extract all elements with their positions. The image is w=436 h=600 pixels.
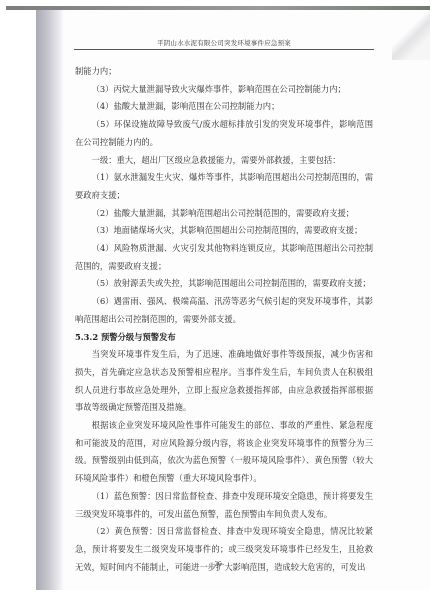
section-heading: 5.3.2 预警分级与预警发布 (75, 329, 373, 347)
paragraph-level-one: 一级：重大，超出厂区级应急救援能力，需要外部救援，主要包括： (75, 152, 373, 170)
list-item: （6）遇雷雨、强风、极端高温、汛涝等恶劣气候引起的突发环境事件，其影响范围超出公… (75, 293, 373, 328)
list-item: （2）黄色预警：因日常监督检查、排查中发现环境安全隐患，情况比较紧急，预计将要发… (75, 523, 373, 576)
list-item: （1）蓝色预警：因日常监督检查、排查中发现环境安全隐患，预计将要发生三级突发环境… (75, 488, 373, 523)
list-item: （2）盐酸大量泄漏，其影响范围超出公司控制范围的，需要政府支援； (75, 205, 373, 223)
page-number: 26 (0, 560, 436, 568)
document-body: 制能力内； （3）丙烷大量泄漏导致火灾爆炸事件，影响范围在公司控制能力内； （4… (75, 63, 373, 576)
list-item: （4）风险物质泄漏、火灾引发其他物料连锁反应，其影响范围超出公司控制范围的，需要… (75, 240, 373, 275)
binding-shadow (36, 10, 64, 590)
list-item: （3）地面储煤场火灾，其影响范围超出公司控制范围的，需要政府支援； (75, 222, 373, 240)
running-header: 平阴山水水泥有限公司突发环境事件应急预案 (74, 38, 374, 47)
paragraph: 根据该企业突发环境风险性事件可能发生的部位、事故的严重性、紧急程度和可能波及的范… (75, 417, 373, 488)
page-corner-fold (392, 10, 430, 60)
list-item: （5）放射源丢失或失控，其影响范围超出公司控制范围的，需要政府支援； (75, 275, 373, 293)
list-item: （4）盐酸大量泄漏，影响范围在公司控制能力内； (75, 98, 373, 116)
list-item: （5）环保设施故障导致废气/废水超标排放引发的突发环境事件，影响范围在公司控制能… (75, 116, 373, 151)
list-item: （1）氨水泄漏发生火灾、爆炸等事件，其影响范围超出公司控制范围的，需要政府支援； (75, 169, 373, 204)
paragraph: 当突发环境事件发生后，为了迅速、准确地做好事件等级预报，减少伤害和损失，首先确定… (75, 346, 373, 417)
list-item: （3）丙烷大量泄漏导致火灾爆炸事件，影响范围在公司控制能力内； (75, 81, 373, 99)
header-rule (74, 49, 374, 50)
paragraph: 制能力内； (75, 63, 373, 81)
